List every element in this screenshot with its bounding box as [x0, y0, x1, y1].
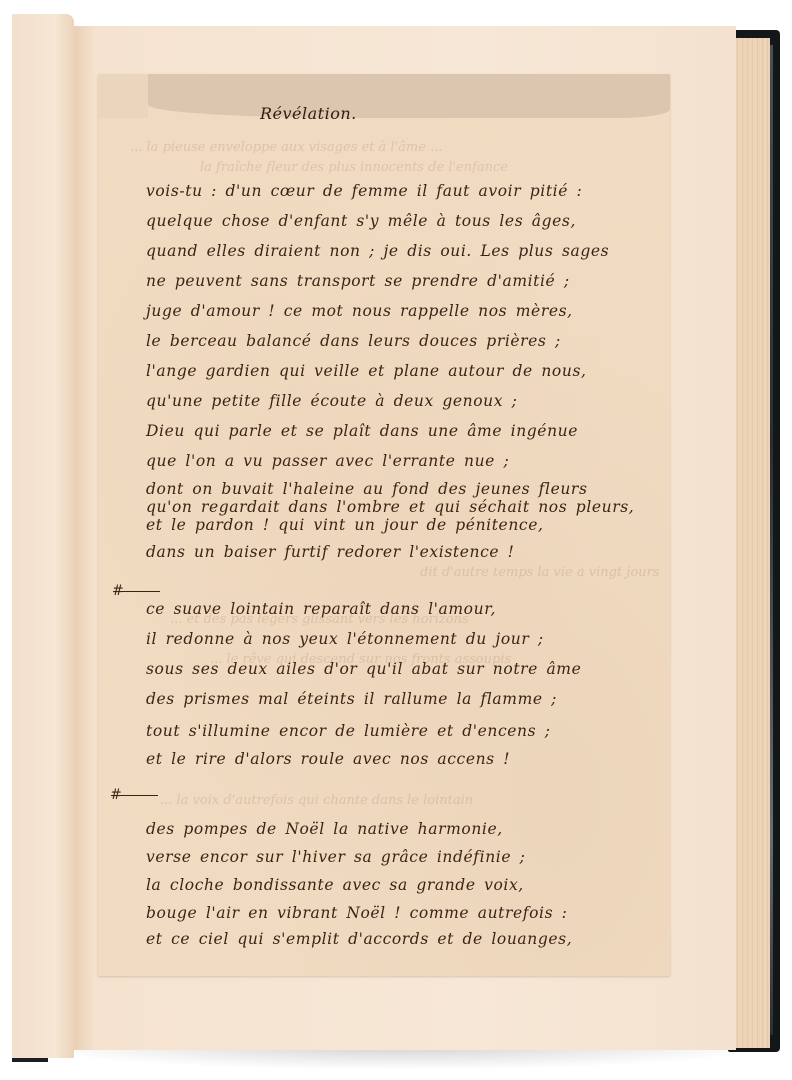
verse-line: et le rire d'alors roule avec nos accens… — [146, 750, 510, 768]
verse-line: dans un baiser furtif redorer l'existenc… — [146, 543, 514, 561]
verse-line: ce suave lointain reparaît dans l'amour, — [146, 600, 496, 618]
bleed-through-line: ... la voix d'autrefois qui chante dans … — [160, 793, 680, 807]
verse-line: verse encor sur l'hiver sa grâce indéfin… — [146, 848, 525, 866]
verse-line: que l'on a vu passer avec l'errante nue … — [146, 452, 509, 470]
page-edges — [734, 38, 770, 1048]
section-marker: # — [112, 583, 160, 599]
verse-line: sous ses deux ailes d'or qu'il abat sur … — [146, 660, 581, 678]
verse-line: et le pardon ! qui vint un jour de pénit… — [146, 516, 544, 534]
binding-highlight — [770, 45, 773, 1035]
verse-line: quelque chose d'enfant s'y mêle à tous l… — [146, 212, 576, 230]
mount-corner — [98, 74, 148, 118]
verse-line: des prismes mal éteints il rallume la fl… — [146, 690, 557, 708]
verse-line: qu'on regardait dans l'ombre et qui séch… — [146, 498, 634, 516]
verse-line: vois-tu : d'un cœur de femme il faut avo… — [146, 182, 582, 200]
verse-line: juge d'amour ! ce mot nous rappelle nos … — [146, 302, 573, 320]
section-marker: # — [110, 787, 158, 803]
verse-line: il redonne à nos yeux l'étonnement du jo… — [146, 630, 544, 648]
left-page-flap — [12, 14, 74, 1058]
verse-line: le berceau balancé dans leurs douces pri… — [146, 332, 561, 350]
verse-line: l'ange gardien qui veille et plane autou… — [146, 362, 587, 380]
manuscript-title: Révélation. — [260, 104, 357, 123]
bleed-through-line: ... la pieuse enveloppe aux visages et à… — [130, 140, 650, 154]
verse-line: ne peuvent sans transport se prendre d'a… — [146, 272, 570, 290]
verse-line: et ce ciel qui s'emplit d'accords et de … — [146, 930, 572, 948]
verse-line: Dieu qui parle et se plaît dans une âme … — [146, 422, 578, 440]
verse-line: des pompes de Noël la native harmonie, — [146, 820, 503, 838]
verse-line: qu'une petite fille écoute à deux genoux… — [146, 392, 517, 410]
bleed-through-line: dit d'autre temps la vie a vingt jours d… — [420, 565, 660, 579]
mounting-strip — [148, 74, 670, 118]
verse-line: bouge l'air en vibrant Noël ! comme autr… — [146, 904, 568, 922]
verse-line: tout s'illumine encor de lumière et d'en… — [146, 722, 551, 740]
verse-line: dont on buvait l'haleine au fond des jeu… — [146, 480, 588, 498]
verse-line: quand elles diraient non ; je dis oui. L… — [146, 242, 609, 260]
verse-line: la cloche bondissante avec sa grande voi… — [146, 876, 524, 894]
bleed-through-line: la fraîche fleur des plus innocents de l… — [200, 160, 720, 174]
